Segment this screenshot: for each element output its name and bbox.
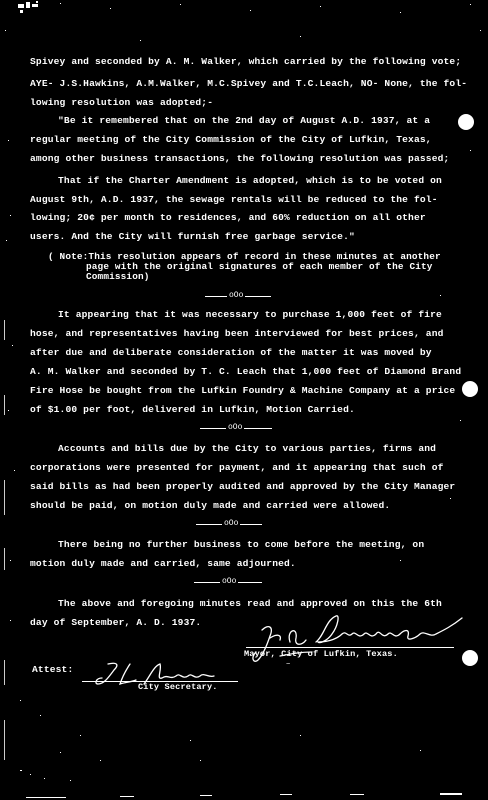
separator-rule [194,582,220,583]
text-line: page with the original signatures of eac… [86,262,433,271]
separator-label: oOo [228,422,242,434]
text-line: A. M. Walker and seconded by T. C. Leach… [30,366,461,378]
section-separator: oOo [200,422,272,434]
text-line: There being no further business to come … [58,539,424,551]
separator-rule [245,296,271,297]
separator-rule [196,524,222,525]
text-line: Commission) [86,272,150,281]
punch-hole [458,114,474,130]
text-line: Spivey and seconded by A. M. Walker, whi… [30,56,461,68]
text-line: regular meeting of the City Commission o… [30,134,432,146]
separator-label: oOo [229,290,243,302]
text-line: lowing resolution was adopted;- [30,97,213,109]
text-line: of $1.00 per foot, delivered in Lufkin, … [30,404,355,416]
text-line: "Be it remembered that on the 2nd day of… [58,115,430,127]
text-line: ( Note:This resolution appears of record… [48,252,441,261]
text-line: motion duly made and carried, same adjou… [30,558,296,570]
text-line: lowing; 20¢ per month to residences, and… [30,212,426,224]
document-page: Spivey and seconded by A. M. Walker, whi… [0,0,488,800]
section-separator: oOo [196,518,262,530]
text-line: hose, and representatives having been in… [30,328,444,340]
scan-edge-mark [4,720,5,760]
text-line: day of September, A. D. 1937. [30,617,201,629]
text-line: among other business transactions, the f… [30,153,449,165]
scan-edge-mark [4,320,5,340]
separator-rule [240,524,262,525]
scan-edge-mark [4,548,5,570]
mayor-title: Mayor, City of Lufkin, Texas. [244,649,398,659]
separator-label: oOo [222,576,236,588]
text-line: after due and deliberate consideration o… [30,347,432,359]
punch-hole [462,381,478,397]
section-separator: oOo [194,576,262,588]
city-secretary-title: City Secretary. [138,682,218,692]
scan-edge-mark [4,480,5,515]
mayor-initials-scribble: ~ [286,661,290,668]
section-separator: oOo [205,290,271,302]
text-line: should be paid, on motion duly made and … [30,500,390,512]
text-line: users. And the City will furnish free ga… [30,231,355,243]
text-line: The above and foregoing minutes read and… [58,598,442,610]
separator-rule [205,296,227,297]
separator-rule [238,582,262,583]
separator-label: oOo [224,518,238,530]
text-line: It appearing that it was necessary to pu… [58,309,442,321]
text-line: said bills as had been properly audited … [30,481,455,493]
scan-edge-mark [4,395,5,415]
scan-edge-mark [4,660,5,685]
mayor-handwritten-signature: ~ [240,612,470,672]
text-line: Accounts and bills due by the City to va… [58,443,436,455]
text-line: corporations were presented for payment,… [30,462,444,474]
separator-rule [200,428,226,429]
separator-rule [244,428,272,429]
text-line: August 9th, A.D. 1937, the sewage rental… [30,194,438,206]
text-line: That if the Charter Amendment is adopted… [58,175,442,187]
text-line: Fire Hose be bought from the Lufkin Foun… [30,385,455,397]
signature-line [246,647,454,648]
text-line: AYE- J.S.Hawkins, A.M.Walker, M.C.Spivey… [30,78,467,90]
attest-label: Attest: [32,664,73,676]
